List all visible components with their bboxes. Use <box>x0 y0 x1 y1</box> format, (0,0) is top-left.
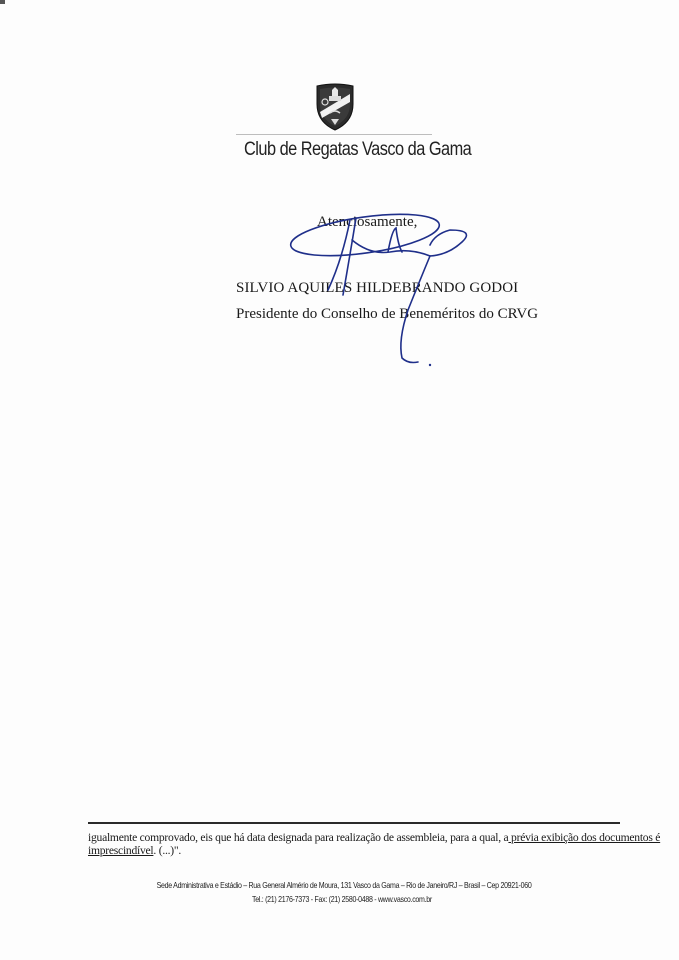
footer-address: Sede Administrativa e Estádio – Rua Gene… <box>59 880 629 890</box>
document-page: Club de Regatas Vasco da Gama Atenciosam… <box>0 0 679 960</box>
letterhead-footer: Sede Administrativa e Estádio – Rua Gene… <box>0 880 679 904</box>
club-name: Club de Regatas Vasco da Gama <box>244 139 471 161</box>
footnote-underlined-1: prévia exibição dos documentos é <box>508 831 660 844</box>
footnote-divider <box>88 822 620 824</box>
footer-contact: Tel.: (21) 2176-7373 - Fax: (21) 2580-04… <box>57 894 627 904</box>
closing-salutation: Atenciosamente, <box>317 214 417 231</box>
footnote-text: igualmente comprovado, eis que há data d… <box>88 831 623 857</box>
signer-title: Presidente do Conselho de Beneméritos do… <box>236 306 538 323</box>
scan-artifact <box>0 0 5 4</box>
footnote-underlined-2: imprescindível <box>88 844 153 857</box>
vasco-da-gama-crest-icon <box>314 82 356 132</box>
signer-name: SILVIO AQUILES HILDEBRANDO GODOI <box>236 280 518 297</box>
footnote-line-1: igualmente comprovado, eis que há data d… <box>88 831 623 844</box>
footnote-plain-2: . (...)". <box>153 844 181 857</box>
header-divider <box>236 134 432 135</box>
footnote-line-2: imprescindível. (...)". <box>88 844 623 857</box>
footnote-plain-1: igualmente comprovado, eis que há data d… <box>88 831 508 844</box>
